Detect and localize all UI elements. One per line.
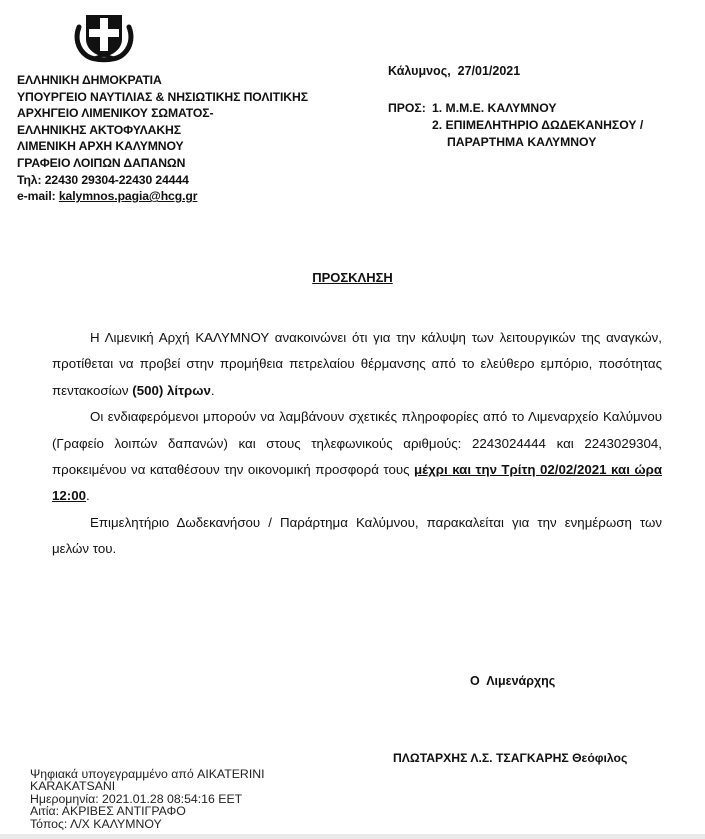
header-line: ΕΛΛΗΝΙΚΗΣ ΑΚΤΟΦΥΛΑΚΗΣ [17, 122, 308, 139]
body-paragraph: Η Λιμενική Αρχή ΚΑΛΥΜΝΟΥ ανακοινώνει ότι… [52, 325, 662, 404]
recipient-item-continued: ΠΑΡΑΡΤΗΜΑ ΚΑΛΥΜΝΟΥ [388, 134, 596, 151]
quantity-text: (500) λίτρων [132, 383, 211, 398]
header-line: ΓΡΑΦΕΙΟ ΛΟΙΠΩΝ ΔΑΠΑΝΩΝ [17, 155, 308, 172]
greek-coat-of-arms-icon [69, 9, 139, 63]
email-label: e-mail: [17, 189, 59, 203]
signature-reason: Αιτία: ΑΚΡΙΒΕΣ ΑΝΤΙΓΡΑΦΟ [30, 805, 265, 817]
phone-line: Τηλ: 22430 29304-22430 24444 [17, 172, 308, 189]
place-date: Κάλυμνος, 27/01/2021 [388, 64, 520, 78]
email-line: e-mail: kalymnos.pagia@hcg.gr [17, 188, 308, 205]
issuer-header: ΕΛΛΗΝΙΚΗ ΔΗΜΟΚΡΑΤΙΑ ΥΠΟΥΡΓΕΙΟ ΝΑΥΤΙΛΙΑΣ … [17, 72, 308, 205]
signature-line: KARAKATSANI [30, 780, 265, 792]
page-bottom-edge [0, 834, 705, 839]
document-body: Η Λιμενική Αρχή ΚΑΛΥΜΝΟΥ ανακοινώνει ότι… [52, 325, 662, 563]
signature-location: Τόπος: Λ/Χ ΚΑΛΥΜΝΟΥ [30, 818, 265, 830]
header-line: ΑΡΧΗΓΕΙΟ ΛΙΜΕΝΙΚΟΥ ΣΩΜΑΤΟΣ- [17, 105, 308, 122]
header-line: ΕΛΛΗΝΙΚΗ ΔΗΜΟΚΡΑΤΙΑ [17, 72, 308, 89]
body-paragraph: Επιμελητήριο Δωδεκανήσου / Παράρτημα Καλ… [52, 510, 662, 563]
email-link[interactable]: kalymnos.pagia@hcg.gr [59, 189, 197, 203]
recipients-label: ΠΡΟΣ: [388, 100, 432, 117]
signer-name: ΠΛΩΤΑΡΧΗΣ Λ.Σ. ΤΣΑΓΚΑΡΗΣ Θεόφιλος [393, 751, 627, 765]
document-title: ΠΡΟΣΚΛΗΣΗ [0, 270, 705, 285]
recipient-item: 2. ΕΠΙΜΕΛΗΤΗΡΙΟ ΔΩΔΕΚΑΝΗΣΟΥ / [432, 117, 643, 134]
body-paragraph: Οι ενδιαφερόμενοι μπορούν να λαμβάνουν σ… [52, 404, 662, 510]
header-line: ΛΙΜΕΝΙΚΗ ΑΡΧΗ ΚΑΛΥΜΝΟΥ [17, 138, 308, 155]
header-line: ΥΠΟΥΡΓΕΙΟ ΝΑΥΤΙΛΙΑΣ & ΝΗΣΙΩΤΙΚΗΣ ΠΟΛΙΤΙΚ… [17, 89, 308, 106]
recipient-item: 1. Μ.Μ.Ε. ΚΑΛΥΜΝΟΥ [432, 100, 557, 117]
digital-signature-stamp[interactable]: Ψηφιακά υπογεγραμμένο από AIKATERINI KAR… [30, 768, 265, 830]
recipients-block: ΠΡΟΣ: 1. Μ.Μ.Ε. ΚΑΛΥΜΝΟΥ 2. ΕΠΙΜΕΛΗΤΗΡΙΟ… [388, 100, 643, 151]
signer-title: Ο Λιμενάρχης [470, 674, 555, 688]
document-page: ΕΛΛΗΝΙΚΗ ΔΗΜΟΚΡΑΤΙΑ ΥΠΟΥΡΓΕΙΟ ΝΑΥΤΙΛΙΑΣ … [0, 0, 705, 839]
